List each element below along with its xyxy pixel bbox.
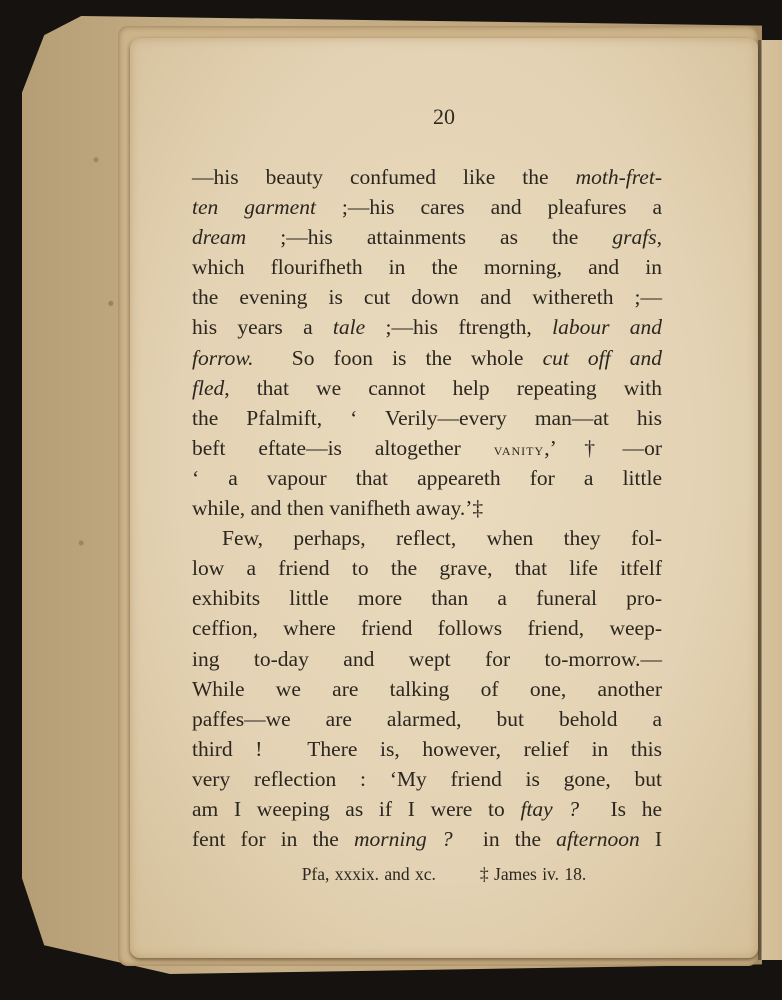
text-line: paffes—we are alarmed, but behold a (192, 704, 662, 734)
text-line: —his beauty confumed like the moth-fret- (192, 162, 662, 192)
text-run: in the (453, 827, 556, 851)
text-line: his years a tale ;—his ftrength, labour … (192, 312, 662, 342)
text-line: fent for in the morning ? in the afterno… (192, 824, 662, 854)
text-line: fled, that we cannot help repeating with (192, 373, 662, 403)
text-run: the Pfalmift, ‘ Verily—every man—at his (192, 406, 662, 430)
text-run: , that we cannot help repeating with (224, 376, 662, 400)
text-line: the evening is cut down and withereth ;— (192, 282, 662, 312)
footnote-psalms: Pfa, xxxix. and xc. (302, 864, 436, 884)
text-run: ;—his ftrength, (365, 315, 552, 339)
text-run: fent for in the (192, 827, 354, 851)
italic-text: dream (192, 225, 246, 249)
text-run: So foon is the whole (254, 346, 543, 370)
text-line: While we are talking of one, another (192, 674, 662, 704)
text-line: third ! There is, however, relief in thi… (192, 734, 662, 764)
book-page: 20 —his beauty confumed like the moth-fr… (130, 38, 758, 958)
text-run: Is he (579, 797, 662, 821)
italic-text: afternoon (556, 827, 640, 851)
page-body-text: —his beauty confumed like the moth-fret-… (192, 162, 662, 854)
text-run: ;—his attainments as the (246, 225, 612, 249)
italic-text: ten garment (192, 195, 316, 219)
text-run: ;—his cares and pleafures a (316, 195, 662, 219)
text-run: ,’†—or (544, 436, 662, 460)
text-run: ceffion, where friend follows friend, we… (192, 616, 662, 640)
italic-text: ftay ? (520, 797, 579, 821)
text-run: paffes—we are alarmed, but behold a (192, 707, 662, 731)
italic-text: tale (333, 315, 365, 339)
italic-text: fled (192, 376, 224, 400)
next-page-edge (758, 40, 782, 960)
text-line: low a friend to the grave, that life itf… (192, 553, 662, 583)
text-run: While we are talking of one, another (192, 677, 662, 701)
text-run: very reflection : ‘My friend is gone, bu… (192, 767, 662, 791)
text-line: ‘ a vapour that appeareth for a little (192, 463, 662, 493)
text-line: the Pfalmift, ‘ Verily—every man—at his (192, 403, 662, 433)
text-run: ‘ a vapour that appeareth for a little (192, 466, 662, 490)
text-run: third ! There is, however, relief in thi… (192, 737, 662, 761)
text-run: ing to-day and wept for to-morrow.— (192, 647, 662, 671)
text-run: which flourifheth in the morning, and in (192, 255, 662, 279)
italic-text: grafs (612, 225, 656, 249)
text-line: forrow. So foon is the whole cut off and (192, 343, 662, 373)
text-line: ing to-day and wept for to-morrow.— (192, 644, 662, 674)
text-line: beft eftate—is altogether vanity,’†—or (192, 433, 662, 463)
page-number: 20 (130, 104, 758, 130)
text-run: , (657, 225, 662, 249)
text-run: low a friend to the grave, that life itf… (192, 556, 662, 580)
footnotes: Pfa, xxxix. and xc.‡ James iv. 18. (130, 864, 758, 885)
italic-text: forrow. (192, 346, 254, 370)
text-run: the evening is cut down and withereth ;— (192, 285, 662, 309)
text-run: —his beauty confumed like the (192, 165, 576, 189)
small-caps-text: vanity (494, 440, 544, 459)
text-line: exhibits little more than a funeral pro- (192, 583, 662, 613)
text-line: which flourifheth in the morning, and in (192, 252, 662, 282)
italic-text: cut off and (543, 346, 662, 370)
text-line: while, and then vanifheth away.’‡ (192, 493, 662, 523)
text-line: ceffion, where friend follows friend, we… (192, 613, 662, 643)
text-run: exhibits little more than a funeral pro- (192, 586, 662, 610)
footnote-james: ‡ James iv. 18. (480, 864, 586, 884)
text-run: beft eftate—is altogether (192, 436, 494, 460)
text-run: I (640, 827, 662, 851)
italic-text: morning ? (354, 827, 453, 851)
italic-text: moth-fret- (576, 165, 662, 189)
text-run: am I weeping as if I were to (192, 797, 520, 821)
italic-text: labour and (552, 315, 662, 339)
text-run: Few, perhaps, reflect, when they fol- (222, 526, 662, 550)
text-line: dream ;—his attainments as the grafs, (192, 222, 662, 252)
text-line: ten garment ;—his cares and pleafures a (192, 192, 662, 222)
text-line: very reflection : ‘My friend is gone, bu… (192, 764, 662, 794)
text-run: his years a (192, 315, 333, 339)
text-line: Few, perhaps, reflect, when they fol- (192, 523, 662, 553)
text-run: while, and then vanifheth away.’‡ (192, 496, 483, 520)
text-line: am I weeping as if I were to ftay ? Is h… (192, 794, 662, 824)
